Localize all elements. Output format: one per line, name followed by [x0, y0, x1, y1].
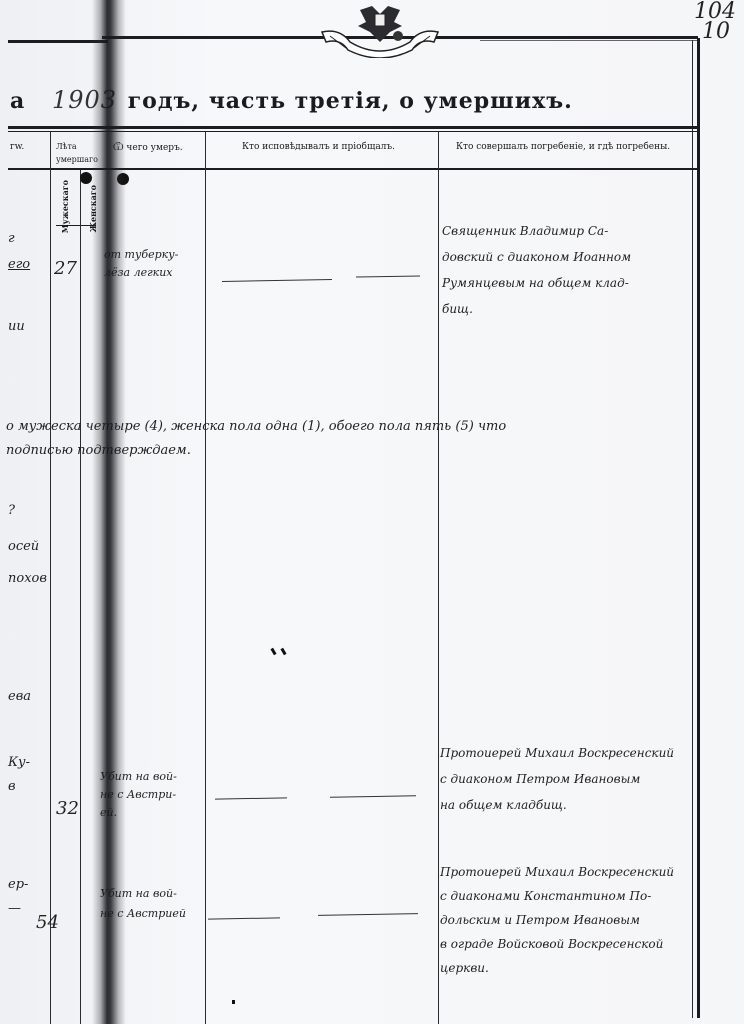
entry-1-left-fragment: ии	[8, 316, 25, 338]
page-number: 104 10	[694, 2, 736, 42]
entry-5-burial: Протоиерей Михаил Воскресенский с диакон…	[440, 860, 674, 980]
entry-4-burial: Протоиерей Михаил Воскресенский с диакон…	[440, 740, 674, 818]
entry-1-left-fragment: его	[8, 254, 30, 276]
entry-4-burial-line: Протоиерей Михаил Воскресенский	[440, 740, 674, 766]
entry-5-burial-line: дольским и Петром Ивановым	[440, 908, 674, 932]
entry-3-left-fragment: похов	[8, 568, 47, 590]
title-prefix: а	[10, 88, 25, 114]
entry-4-left-fragment: Ку-	[8, 752, 30, 774]
entry-1-confessor-dash	[222, 279, 332, 282]
page-number-secondary: 10	[702, 22, 736, 42]
double-headed-eagle-emblem	[320, 2, 440, 58]
entry-3-left-fragment: ?	[8, 500, 15, 522]
column-header-age-male: Мужескаго	[60, 180, 70, 233]
scanned-page: 104 10 а 1903 годъ, часть третія, о умер…	[0, 0, 744, 1024]
entry-4-burial-line: на общем кладбищ.	[440, 792, 674, 818]
entry-1-burial: Священник Владимир Са- довский с диаконо…	[442, 218, 631, 322]
column-line-3	[205, 132, 206, 1024]
binding-gutter-shadow	[92, 0, 126, 1024]
entry-4-confessor-dash	[330, 795, 416, 798]
column-header-left-partial: гw.	[10, 142, 24, 152]
entry-4-age: 32	[56, 798, 79, 820]
entry-1-burial-line: довский с диаконом Иоанном	[442, 244, 631, 270]
ink-speck	[232, 1000, 235, 1004]
summary-line-1: о мужеска четыре (4), женска пола одна (…	[6, 416, 506, 438]
entry-1-burial-line: бищ.	[442, 296, 631, 322]
entry-1-age: 27	[54, 258, 77, 280]
entry-4-confessor-dash	[215, 797, 287, 800]
entry-1-burial-line: Румянцевым на общем клад-	[442, 270, 631, 296]
top-frame-inner	[480, 40, 698, 41]
entry-3-left-fragment: осей	[8, 536, 39, 558]
entry-4-left-fragment: в	[8, 776, 16, 798]
entry-1-left-fragment: г	[8, 228, 15, 250]
entry-5-burial-line: церкви.	[440, 956, 674, 980]
entry-5-left-fragment: ер-	[8, 874, 28, 896]
entry-5-confessor-dash	[318, 913, 418, 916]
right-border-outer	[697, 38, 700, 1018]
entry-1-burial-line: Священник Владимир Са-	[442, 218, 631, 244]
entry-5-confessor-dash	[208, 917, 280, 920]
ink-speck	[280, 648, 286, 656]
entry-1-confessor-dash	[356, 275, 420, 277]
entry-3-left-fragment: ева	[8, 686, 31, 708]
column-header-burial: Кто совершалъ погребеніе, и гдѣ погребен…	[456, 142, 670, 152]
entry-5-burial-line: Протоиерей Михаил Воскресенский	[440, 860, 674, 884]
column-header-confessor: Кто исповѣдывалъ и пріобщалъ.	[242, 142, 395, 152]
right-border-inner	[692, 40, 693, 1018]
title-text: годъ, часть третія, о умершихъ.	[128, 88, 573, 114]
entry-5-left-fragment: —	[8, 898, 21, 920]
entry-5-burial-line: в ограде Войсковой Воскресенской	[440, 932, 674, 956]
entry-5-burial-line: с диаконами Константином По-	[440, 884, 674, 908]
entry-5-age: 54	[36, 912, 59, 934]
column-line-2	[80, 170, 81, 1024]
entry-4-burial-line: с диаконом Петром Ивановым	[440, 766, 674, 792]
ink-speck	[270, 648, 276, 656]
binder-hole-left	[80, 172, 92, 184]
column-line-1	[50, 132, 51, 1024]
